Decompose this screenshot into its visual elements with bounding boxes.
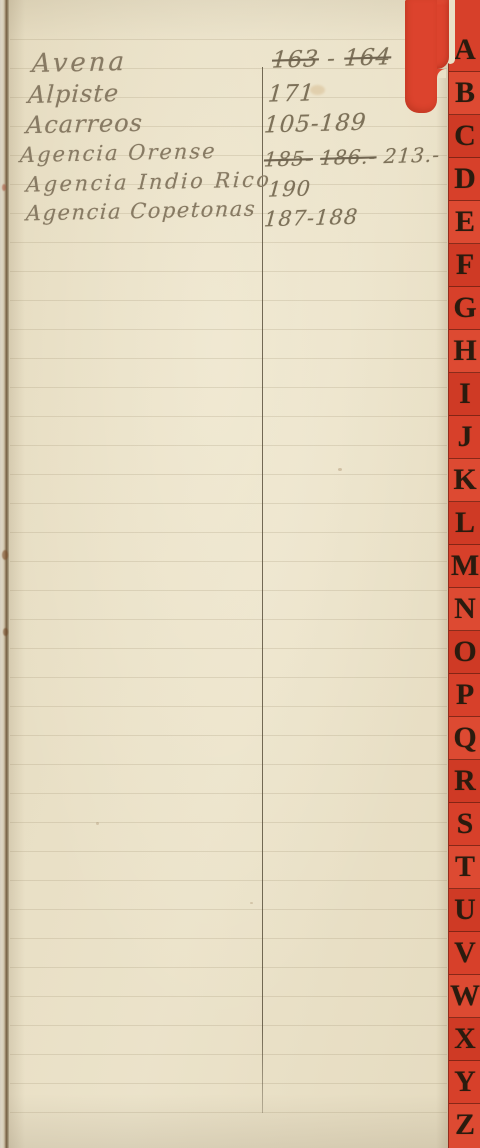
page-ref: 171 [267,80,316,107]
tab-letter: Q [449,722,480,754]
entry-label: Alpiste [27,79,120,109]
tab-p[interactable]: P [449,674,480,717]
tab-l[interactable]: L [449,502,480,545]
page-ref-struck: 186.- [319,144,377,170]
page-ref: - [318,46,345,73]
entry-label: Avena [31,47,127,79]
tab-letter: X [449,1023,480,1055]
tab-h[interactable]: H [449,330,480,373]
tab-letter: W [449,980,480,1012]
entry-page-numbers: 185- 186.- 213.- [263,143,441,172]
tab-letter: U [449,894,480,926]
tab-o[interactable]: O [449,631,480,674]
entry-page-numbers: 187-188 [263,205,359,232]
tab-s[interactable]: S [449,803,480,846]
tab-i[interactable]: I [449,373,480,416]
alphabet-tab-strip: ABCDEFGHIJKLMNOPQRSTUVWXYZ [448,0,480,1148]
tab-letter: I [449,378,480,410]
spine-shadow [9,0,25,1148]
tab-letter: E [449,206,480,238]
scanned-index-page: Avena163 - 164Alpiste171Acarreos105-189A… [0,0,480,1148]
tab-letter: R [449,765,480,797]
page-ref-struck: 164 [343,44,392,71]
tab-letter: C [449,120,480,152]
entry-page-numbers: 105-189 [263,110,368,139]
tab-w[interactable]: W [449,975,480,1018]
page-ref-struck: 163 [271,46,320,73]
entry-page-numbers: 171 [267,80,316,107]
tab-letter: S [449,808,480,840]
tab-letter: Y [449,1066,480,1098]
tab-g[interactable]: G [449,287,480,330]
tab-z[interactable]: Z [449,1104,480,1148]
tab-letter: N [449,593,480,625]
entry-label: Agencia Copetonas [25,197,256,226]
page-ref: 187-188 [263,205,359,232]
tab-letter: O [449,636,480,668]
page-ref: 105-189 [263,110,368,139]
tab-u[interactable]: U [449,889,480,932]
active-tab-a[interactable] [405,0,449,113]
entry-page-numbers: 163 - 164 [271,44,392,73]
tab-e[interactable]: E [449,201,480,244]
tab-letter: J [449,421,480,453]
page-ref: 213.- [383,143,441,169]
tab-letter: V [449,937,480,969]
tab-j[interactable]: J [449,416,480,459]
page-ref: 190 [267,176,312,201]
entry-page-numbers: 190 [267,176,312,201]
tab-d[interactable]: D [449,158,480,201]
tab-letter: B [449,77,480,109]
tab-n[interactable]: N [449,588,480,631]
tab-t[interactable]: T [449,846,480,889]
page-right-edge-shadow [436,0,448,1148]
tab-letter: D [449,163,480,195]
entry-label: Acarreos [25,109,143,139]
tab-letter: G [449,292,480,324]
tab-v[interactable]: V [449,932,480,975]
active-tab-shape [405,0,437,113]
tab-letter: K [449,464,480,496]
tab-x[interactable]: X [449,1018,480,1061]
tab-letter: H [449,335,480,367]
tab-y[interactable]: Y [449,1061,480,1104]
tab-letter: Z [449,1109,480,1141]
tab-q[interactable]: Q [449,717,480,760]
tab-letter: L [449,507,480,539]
tab-f[interactable]: F [449,244,480,287]
entry-label: Agencia Orense [19,139,217,167]
tab-k[interactable]: K [449,459,480,502]
tab-b[interactable]: B [449,72,480,115]
tab-letter: P [449,679,480,711]
tab-r[interactable]: R [449,760,480,803]
book-spine-edge [0,0,9,1148]
tab-m[interactable]: M [449,545,480,588]
tab-letter: T [449,851,480,883]
tab-letter: F [449,249,480,281]
tab-c[interactable]: C [449,115,480,158]
tab-letter: M [449,550,480,582]
